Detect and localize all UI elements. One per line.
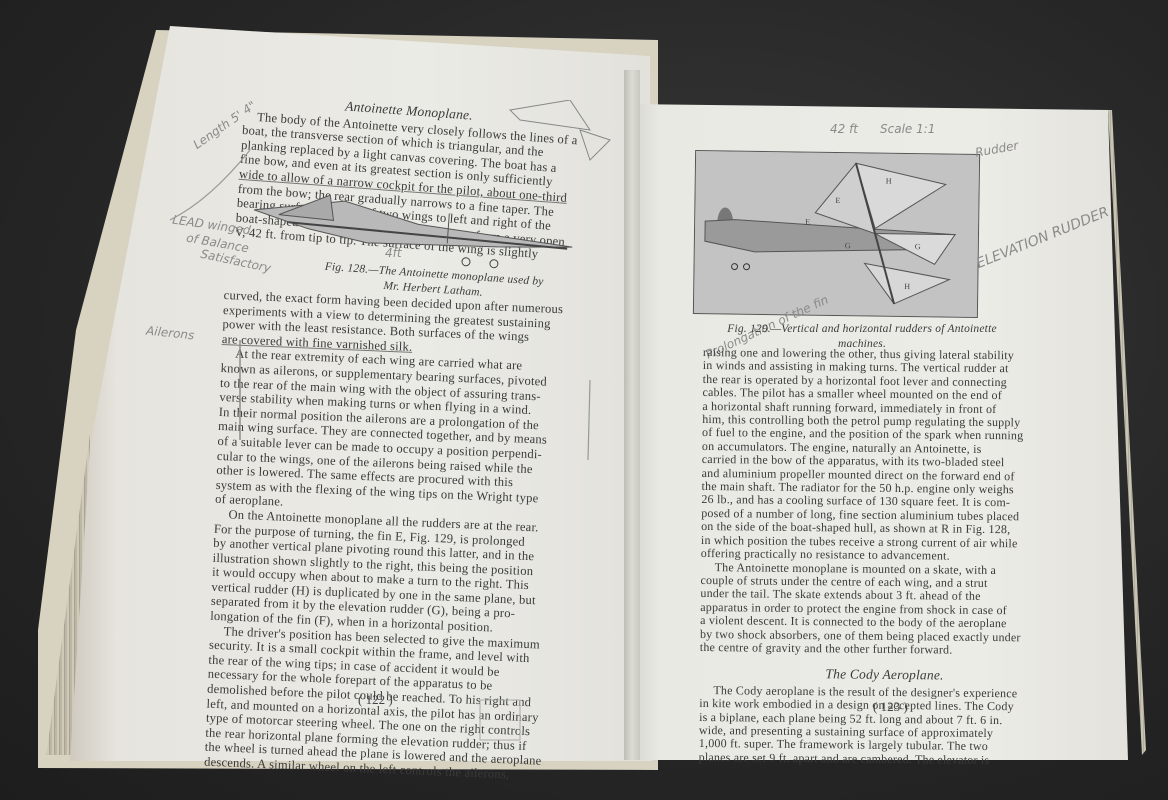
figure-label: G	[915, 242, 921, 251]
pencil-sketch-marks	[150, 100, 630, 760]
text-line: planes are set 9 ft. apart and are cambe…	[699, 751, 1069, 768]
pencil-note: Scale 1:1	[880, 122, 935, 136]
section-heading-cody: The Cody Aeroplane.	[700, 666, 1070, 683]
pencil-note: 42 ft	[830, 122, 858, 136]
figure-label: H	[904, 282, 910, 291]
figure-label: E	[805, 218, 810, 227]
figure-129-rudder-illustration: E E H H G G	[693, 150, 980, 318]
figure-label: G	[845, 241, 851, 250]
open-book: Antoinette Monoplane. The body of the An…	[0, 0, 1168, 800]
figure-label: H	[886, 177, 892, 186]
figure-129-drawing: E E H H G G	[694, 151, 979, 317]
page-number-right: ( 123 )	[873, 699, 908, 715]
figure-label: E	[835, 196, 840, 205]
caption-line: Fig. 129.—Vertical and horizontal rudder…	[722, 322, 1002, 337]
